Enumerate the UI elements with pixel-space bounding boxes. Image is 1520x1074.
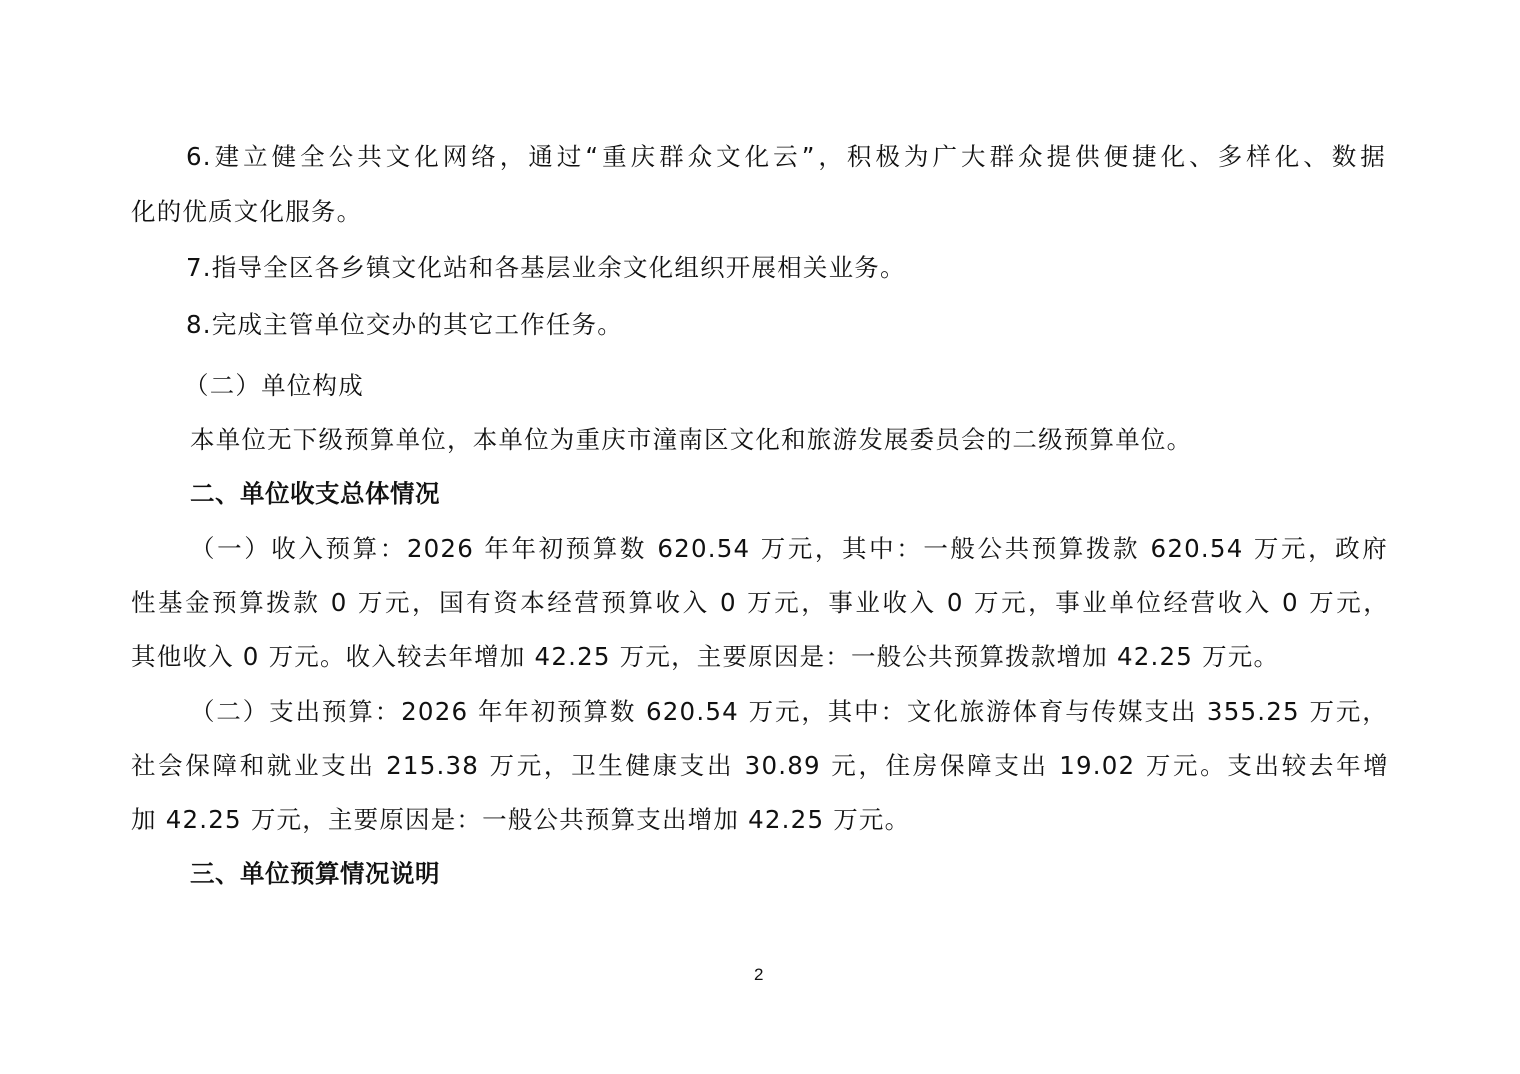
section-heading-overall-revenue-expenditure: 二、单位收支总体情况 [190,479,440,509]
subheading-unit-composition: （二）单位构成 [184,371,364,401]
paragraph-item-7: 7.指导全区各乡镇文化站和各基层业余文化组织开展相关业务。 [186,253,906,283]
paragraph-item-8: 8.完成主管单位交办的其它工作任务。 [186,310,623,340]
paragraph-expenditure-budget-line-1: （二）支出预算：2026 年年初预算数 620.54 万元，其中：文化旅游体育与… [190,697,1388,727]
paragraph-unit-composition: 本单位无下级预算单位，本单位为重庆市潼南区文化和旅游发展委员会的二级预算单位。 [190,425,1192,455]
paragraph-revenue-budget-line-3: 其他收入 0 万元。收入较去年增加 42.25 万元，主要原因是：一般公共预算拨… [131,642,1279,672]
document-page: 6.建立健全公共文化网络，通过“重庆群众文化云”，积极为广大群众提供便捷化、多样… [0,0,1520,1074]
page-number: 2 [754,964,763,986]
paragraph-revenue-budget-line-2: 性基金预算拨款 0 万元，国有资本经营预算收入 0 万元，事业收入 0 万元，事… [131,588,1389,618]
paragraph-item-6-line-1: 6.建立健全公共文化网络，通过“重庆群众文化云”，积极为广大群众提供便捷化、多样… [186,142,1386,172]
paragraph-revenue-budget-line-1: （一）收入预算：2026 年年初预算数 620.54 万元，其中：一般公共预算拨… [190,534,1388,564]
paragraph-expenditure-budget-line-2: 社会保障和就业支出 215.38 万元，卫生健康支出 30.89 元，住房保障支… [131,751,1389,781]
paragraph-expenditure-budget-line-3: 加 42.25 万元，主要原因是：一般公共预算支出增加 42.25 万元。 [131,805,910,835]
section-heading-budget-explanation: 三、单位预算情况说明 [190,859,440,889]
paragraph-item-6-line-2: 化的优质文化服务。 [131,197,362,227]
